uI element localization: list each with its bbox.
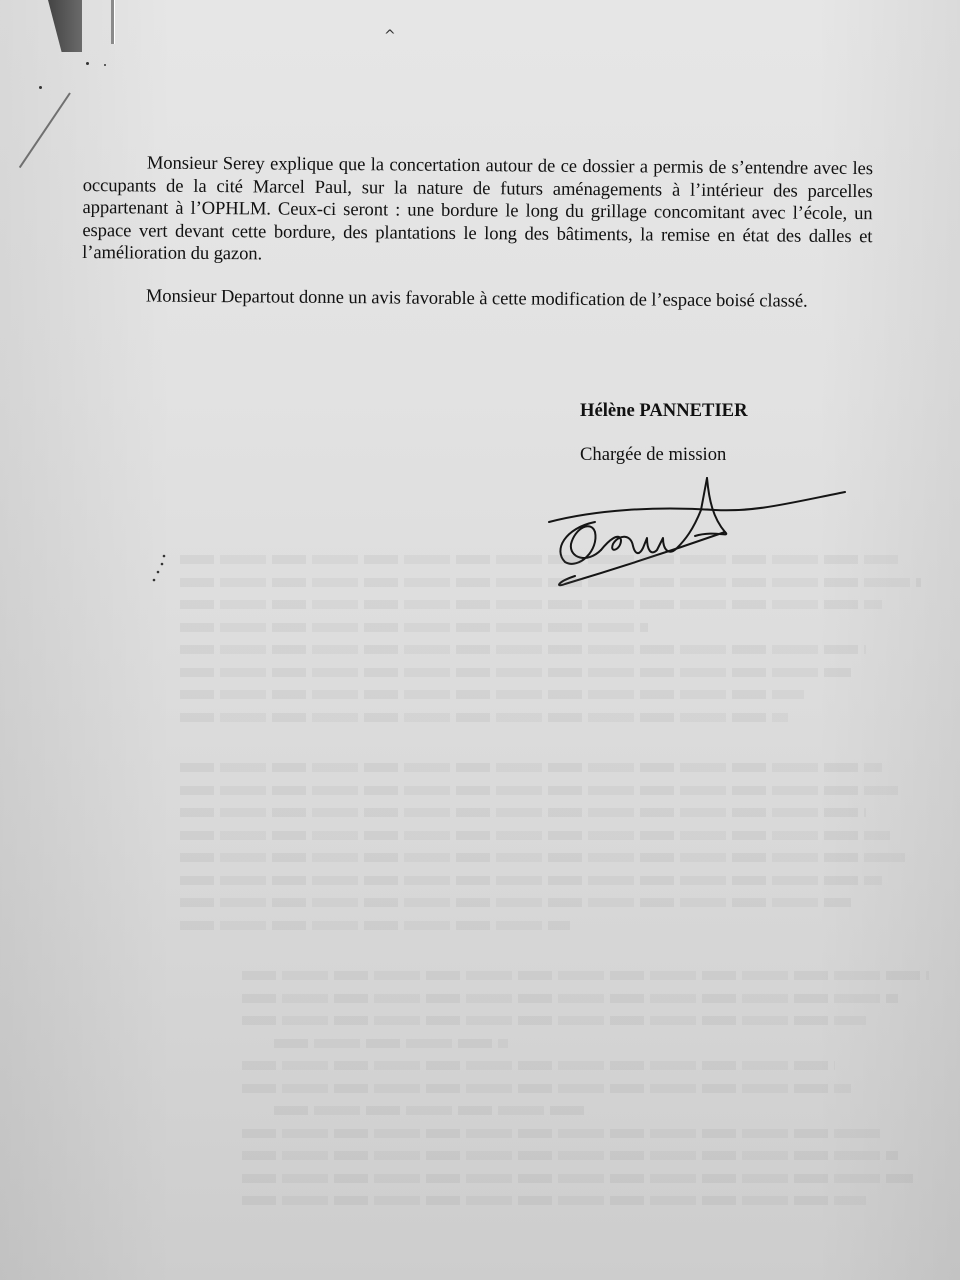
signer-name: Hélène PANNETIER [580, 400, 748, 422]
document-body: Monsieur Serey explique que la concertat… [82, 152, 873, 313]
paragraph-serey: Monsieur Serey explique que la concertat… [82, 152, 873, 271]
speck [86, 62, 89, 65]
handwritten-signature-icon [535, 470, 855, 595]
speck [39, 86, 42, 89]
binder-wire [111, 0, 115, 44]
signer-title: Chargée de mission [580, 444, 748, 466]
pencil-dots [150, 553, 170, 583]
speck [104, 64, 106, 66]
signature-block: Hélène PANNETIER Chargée de mission [580, 400, 748, 466]
bleed-through-text [180, 555, 960, 1219]
paragraph-departout: Monsieur Departout donne un avis favorab… [82, 284, 872, 313]
margin-caret-mark: ^ [384, 28, 396, 44]
page-fold-shadow [48, 0, 82, 52]
page-fold-edge [19, 92, 71, 168]
